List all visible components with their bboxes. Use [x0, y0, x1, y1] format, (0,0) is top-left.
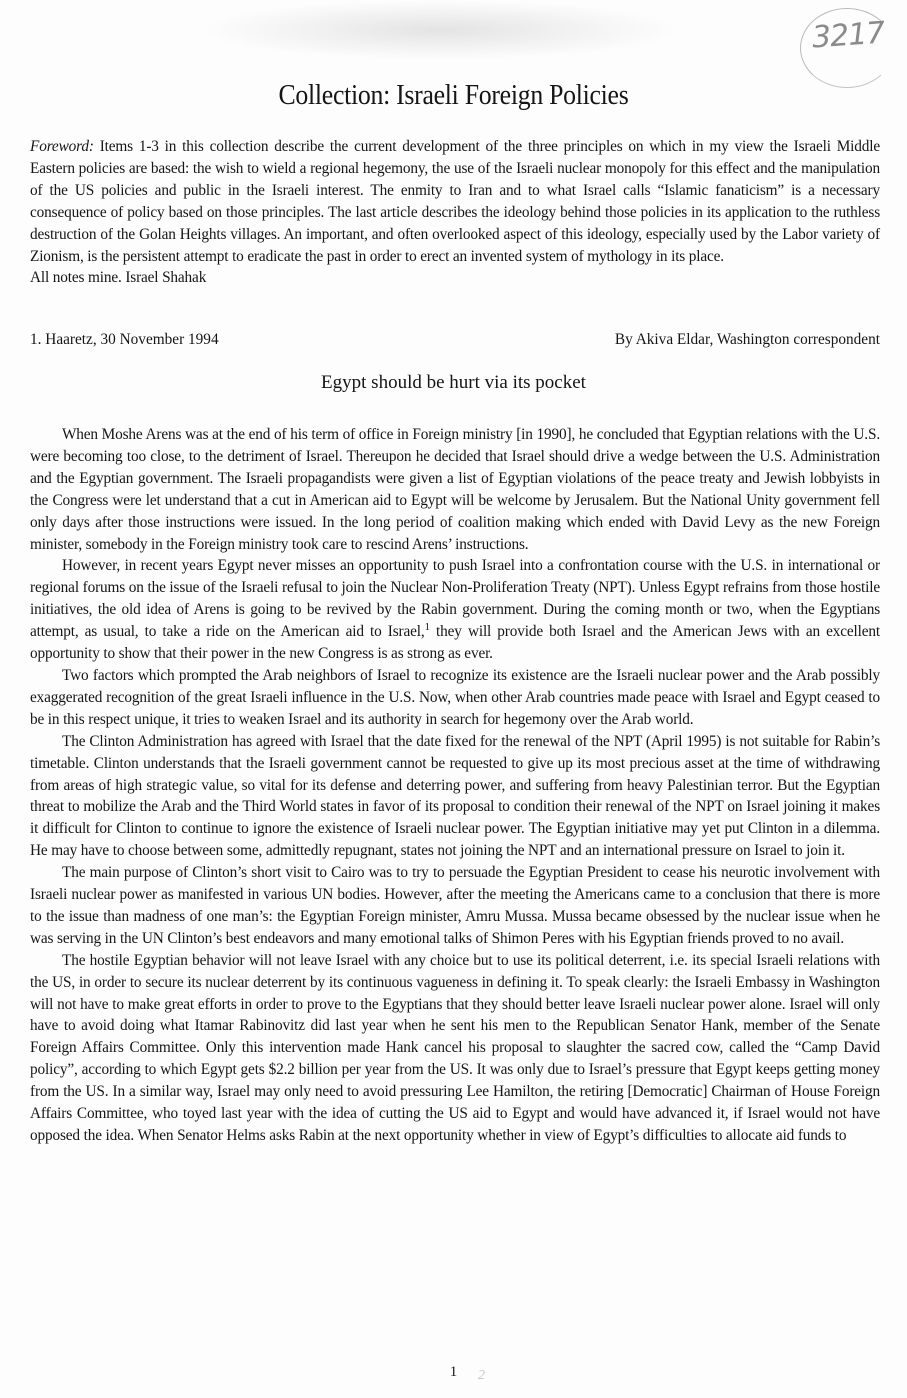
foreword-signature: All notes mine. Israel Shahak [30, 269, 206, 286]
scan-smudge [200, 0, 680, 60]
foreword-label: Foreword: [30, 138, 94, 155]
article-paragraph: When Moshe Arens was at the end of his t… [30, 424, 880, 555]
article-paragraph: The Clinton Administration has agreed wi… [30, 731, 880, 862]
article-byline: By Akiva Eldar, Washington correspondent [615, 331, 880, 349]
article-paragraph: The hostile Egyptian behavior will not l… [30, 950, 880, 1147]
article-meta: 1. Haaretz, 30 November 1994 By Akiva El… [30, 331, 880, 349]
handwritten-annotation-number: 3217 [811, 16, 886, 56]
article-paragraph: The main purpose of Clinton’s short visi… [30, 862, 880, 950]
article-body: When Moshe Arens was at the end of his t… [30, 424, 880, 1147]
foreword-text: Items 1-3 in this collection describe th… [30, 138, 880, 265]
article-headline: Egypt should be hurt via its pocket [0, 372, 907, 394]
document-page: 3217 Collection: Israeli Foreign Policie… [0, 0, 907, 1398]
foreword: Foreword: Items 1-3 in this collection d… [30, 136, 880, 289]
bleed-through-page-mark: 2 [478, 1368, 485, 1384]
document-title: Collection: Israeli Foreign Policies [36, 80, 870, 112]
article-source: 1. Haaretz, 30 November 1994 [30, 331, 219, 349]
article-paragraph: Two factors which prompted the Arab neig… [30, 665, 880, 731]
page-number: 1 [0, 1364, 907, 1381]
article-paragraph: However, in recent years Egypt never mis… [30, 555, 880, 665]
